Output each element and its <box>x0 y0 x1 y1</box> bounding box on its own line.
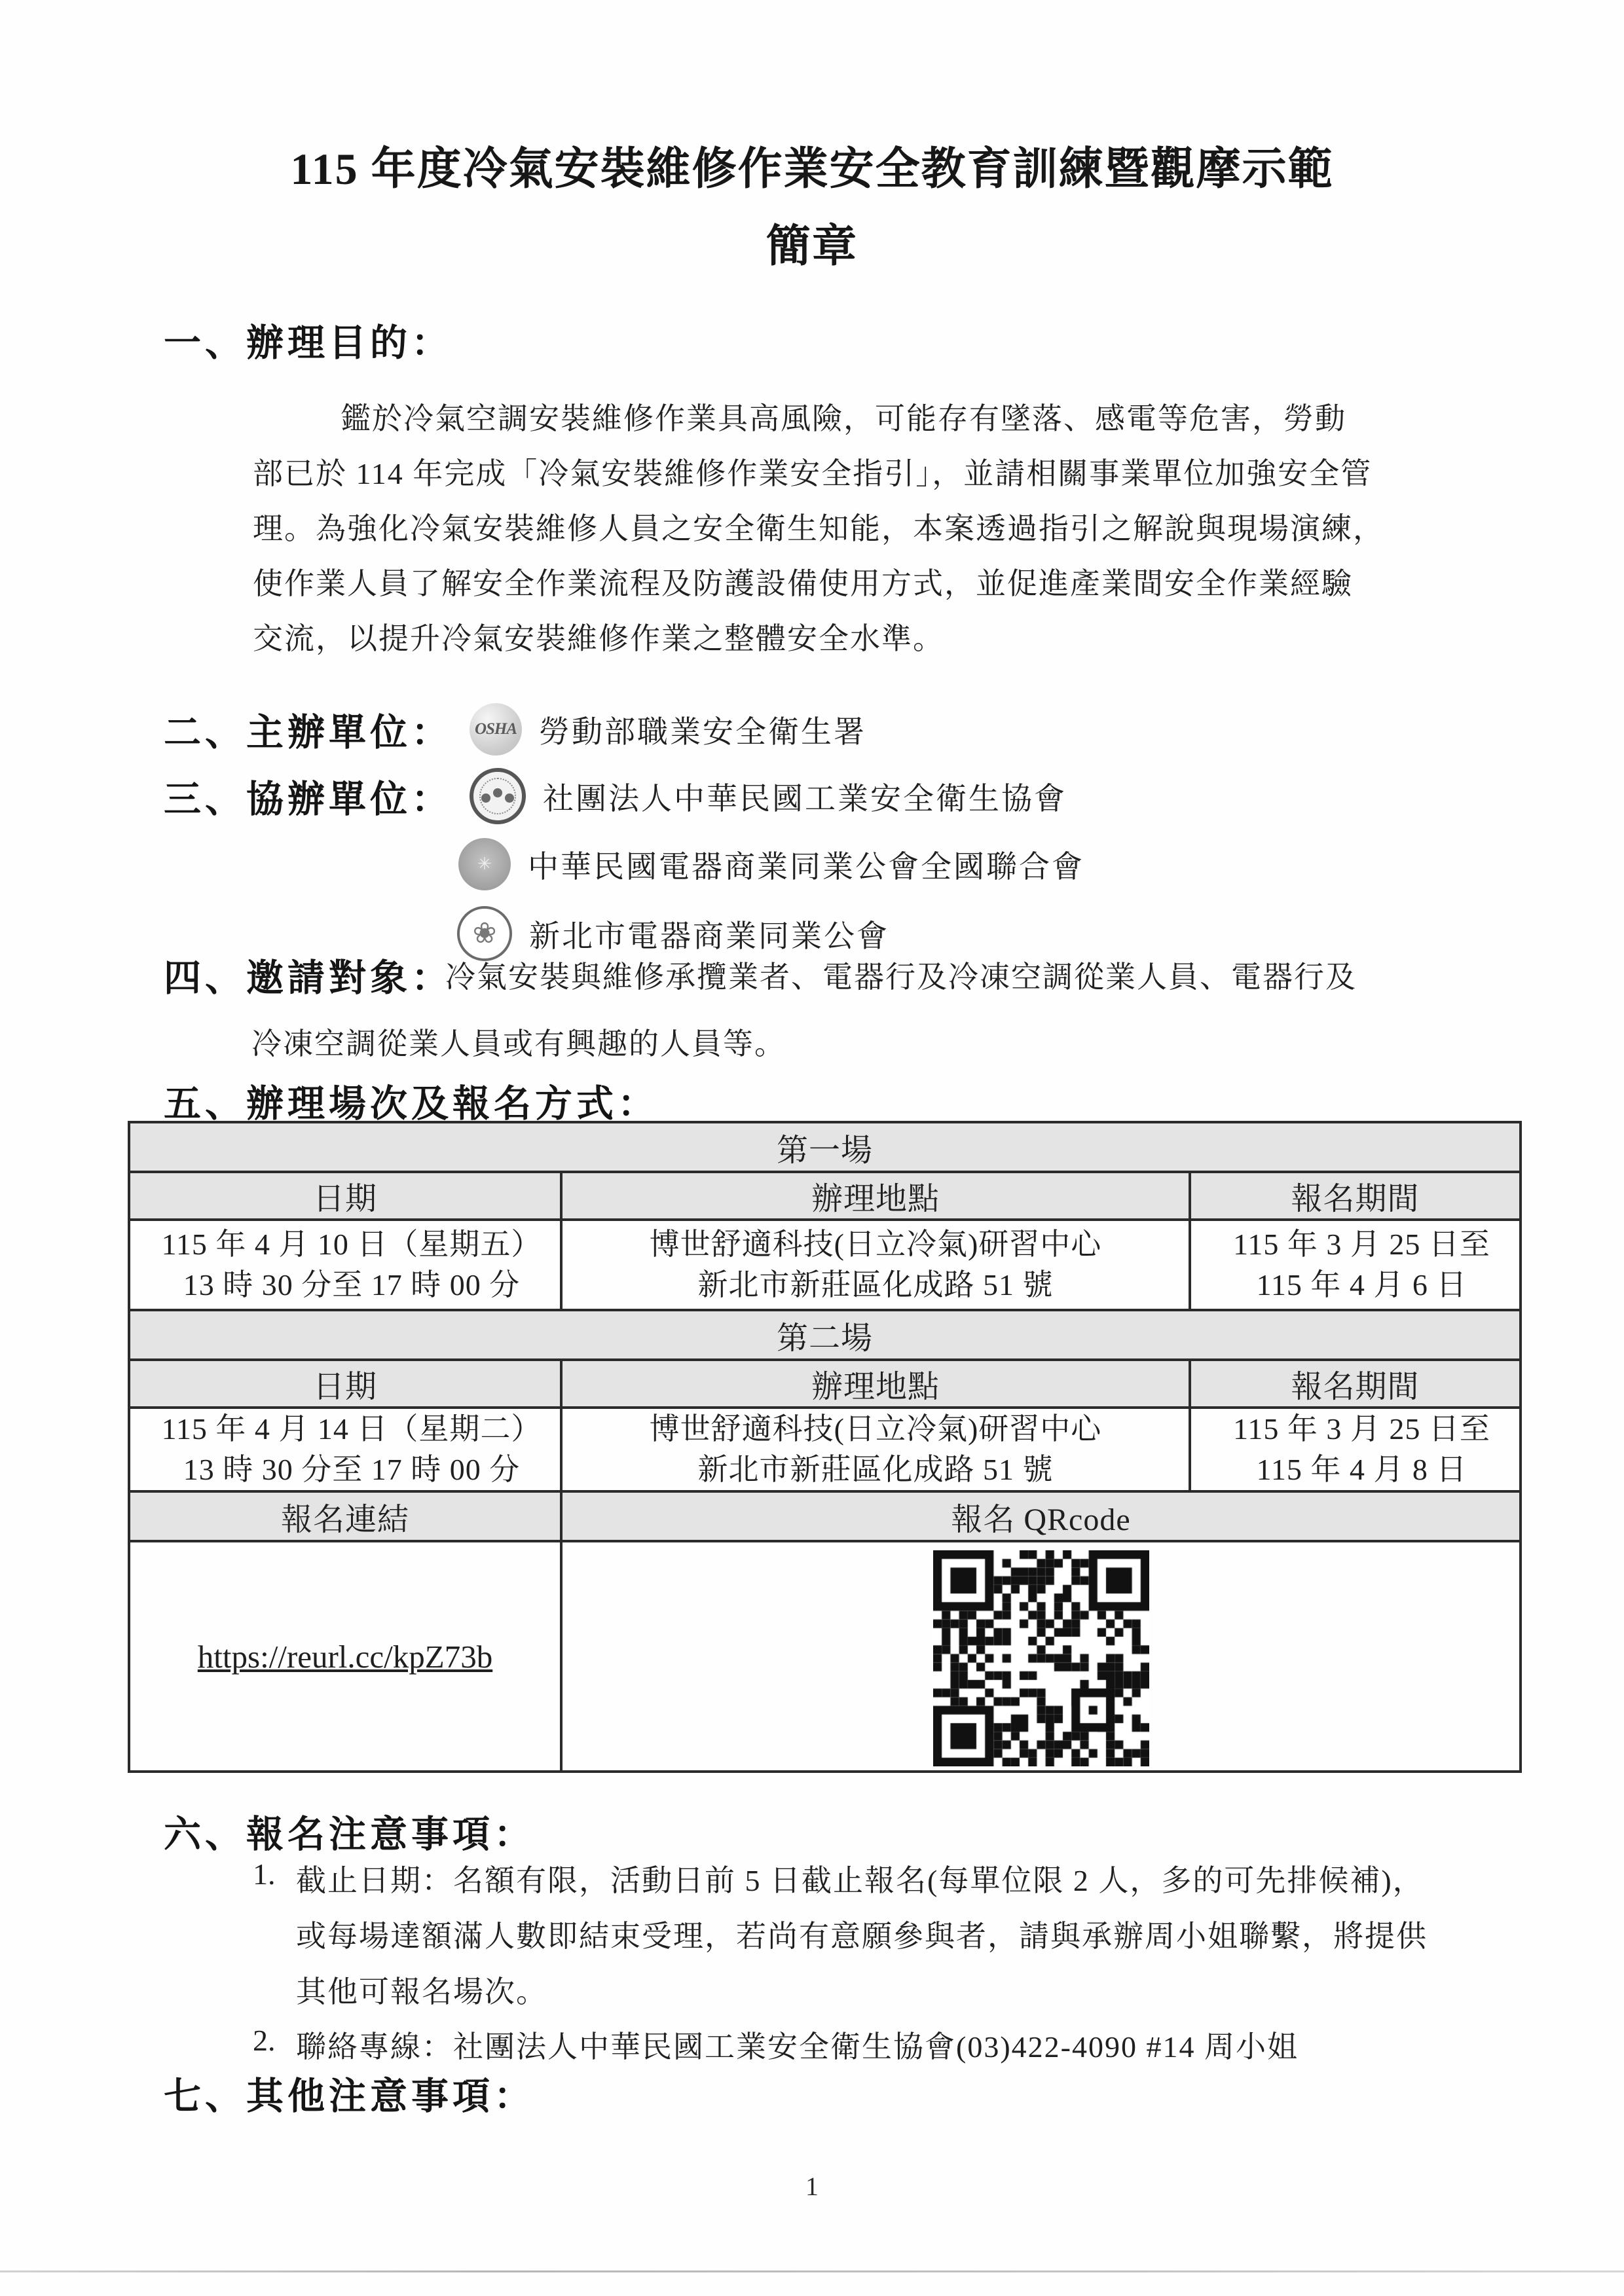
table-row: 報名連結 報名 QRcode <box>129 1491 1521 1541</box>
session2-date-cell: 115 年 4 月 14 日（星期二） 13 時 30 分至 17 時 00 分 <box>129 1408 561 1491</box>
sessions-table: 第一場 日期 辦理地點 報名期間 115 年 4 月 10 日（星期五） 13 … <box>128 1121 1522 1773</box>
purpose-line: 理。為強化冷氣安裝維修人員之安全衛生知能，本案透過指引之解說與現場演練， <box>253 501 1517 556</box>
section-heading-invitees: 四、邀請對象： <box>164 948 452 1002</box>
column-header-period: 報名期間 <box>1190 1360 1521 1408</box>
column-header-date: 日期 <box>129 1360 561 1408</box>
osha-logo-text: OSHA <box>475 720 517 738</box>
organizer-row: 二、主辦單位： OSHA 勞動部職業安全衛生署 <box>164 698 866 761</box>
session1-title: 第一場 <box>129 1122 1521 1172</box>
column-header-location: 辦理地點 <box>561 1172 1190 1220</box>
co-organizer-name: 中華民國電器商業同業公會全國聯合會 <box>528 843 1084 886</box>
table-row: 日期 辦理地點 報名期間 <box>129 1360 1521 1408</box>
column-header-location: 辦理地點 <box>561 1360 1190 1408</box>
section-heading-co-organizer: 三、協辦單位： <box>164 769 452 823</box>
table-row: 115 年 4 月 14 日（星期二） 13 時 30 分至 17 時 00 分… <box>129 1408 1521 1491</box>
purpose-paragraph: 鑑於冷氣空調安裝維修作業具高風險，可能存有墜落、感電等危害，勞動 部已於 114… <box>253 392 1517 666</box>
qr-code <box>933 1550 1149 1766</box>
session2-location-cell: 博世舒適科技(日立冷氣)研習中心 新北市新莊區化成路 51 號 <box>561 1408 1190 1491</box>
qr-column-header: 報名 QRcode <box>561 1491 1521 1541</box>
note-item-line: 或每場達額滿人數即結束受理，若尚有意願參與者，請與承辦周小姐聯繫，將提供 <box>296 1912 1428 1956</box>
co-organizer-name: 社團法人中華民國工業安全衛生協會 <box>543 774 1067 818</box>
scanned-document-page: 115 年度冷氣安裝維修作業安全教育訓練暨觀摩示範 簡章 一、辦理目的： 鑑於冷… <box>0 0 1624 2296</box>
column-header-date: 日期 <box>129 1172 561 1220</box>
invitees-line: 冷氣安裝與維修承攬業者、電器行及冷凍空調從業人員、電器行及 <box>445 953 1357 996</box>
note-item-line: 其他可報名場次。 <box>296 1968 547 2011</box>
registration-link[interactable]: https://reurl.cc/kpZ73b <box>198 1639 492 1675</box>
isha-seal-icon <box>470 768 526 824</box>
table-row: 第一場 <box>129 1122 1521 1172</box>
co-organizer-name: 新北市電器商業同業公會 <box>529 912 889 956</box>
co-organizer-row: 三、協辦單位： 社團法人中華民國工業安全衛生協會 <box>164 765 1067 828</box>
session1-date-cell: 115 年 4 月 10 日（星期五） 13 時 30 分至 17 時 00 分 <box>129 1220 561 1310</box>
session1-location-cell: 博世舒適科技(日立冷氣)研習中心 新北市新莊區化成路 51 號 <box>561 1220 1190 1310</box>
link-column-header: 報名連結 <box>129 1491 561 1541</box>
table-row: 日期 辦理地點 報名期間 <box>129 1172 1521 1220</box>
registration-link-cell: https://reurl.cc/kpZ73b <box>129 1541 561 1772</box>
session2-title: 第二場 <box>129 1310 1521 1360</box>
table-row: 第二場 <box>129 1310 1521 1360</box>
document-subtitle: 簡章 <box>0 211 1624 274</box>
section-heading-sessions: 五、辦理場次及報名方式： <box>164 1074 659 1127</box>
table-row: https://reurl.cc/kpZ73b <box>129 1541 1521 1772</box>
organizer-name: 勞動部職業安全衛生署 <box>539 708 866 752</box>
co-organizer-row: ✳ 中華民國電器商業同業公會全國聯合會 <box>458 833 1084 896</box>
qr-cell <box>561 1541 1521 1772</box>
purpose-line: 使作業人員了解安全作業流程及防護設備使用方式，並促進產業間安全作業經驗 <box>253 556 1517 611</box>
session2-period-cell: 115 年 3 月 25 日至 115 年 4 月 8 日 <box>1190 1408 1521 1491</box>
invitees-line: 冷凍空調從業人員或有興趣的人員等。 <box>251 1020 786 1063</box>
section-heading-registration-notes: 六、報名注意事項： <box>164 1804 535 1858</box>
electrical-federation-seal-icon: ✳ <box>458 838 511 890</box>
section-heading-other-notes: 七、其他注意事項： <box>164 2066 535 2120</box>
purpose-line: 部已於 114 年完成「冷氣安裝維修作業安全指引」，並請相關事業單位加強安全管 <box>253 446 1517 501</box>
session1-period-cell: 115 年 3 月 25 日至 115 年 4 月 6 日 <box>1190 1220 1521 1310</box>
table-row: 115 年 4 月 10 日（星期五） 13 時 30 分至 17 時 00 分… <box>129 1220 1521 1310</box>
note-item-line: 截止日期：名額有限，活動日前 5 日截止報名(每單位限 2 人，多的可先排候補)… <box>296 1857 1424 1900</box>
purpose-line: 鑑於冷氣空調安裝維修作業具高風險，可能存有墜落、感電等危害，勞動 <box>253 392 1517 446</box>
scan-edge-artifact <box>0 2270 1624 2272</box>
purpose-line: 交流，以提升冷氣安裝維修作業之整體安全水準。 <box>253 611 1517 666</box>
section-heading-purpose: 一、辦理目的： <box>164 313 452 367</box>
note-item-number: 2. <box>253 2023 276 2058</box>
column-header-period: 報名期間 <box>1190 1172 1521 1220</box>
document-title: 115 年度冷氣安裝維修作業安全教育訓練暨觀摩示範 <box>0 134 1624 197</box>
page-number: 1 <box>0 2171 1624 2202</box>
note-item-line: 聯絡專線：社團法人中華民國工業安全衛生協會(03)422-4090 #14 周小… <box>296 2023 1299 2066</box>
osha-logo-icon: OSHA <box>470 703 522 756</box>
note-item-number: 1. <box>253 1857 276 1891</box>
section-heading-organizer: 二、主辦單位： <box>164 702 452 756</box>
